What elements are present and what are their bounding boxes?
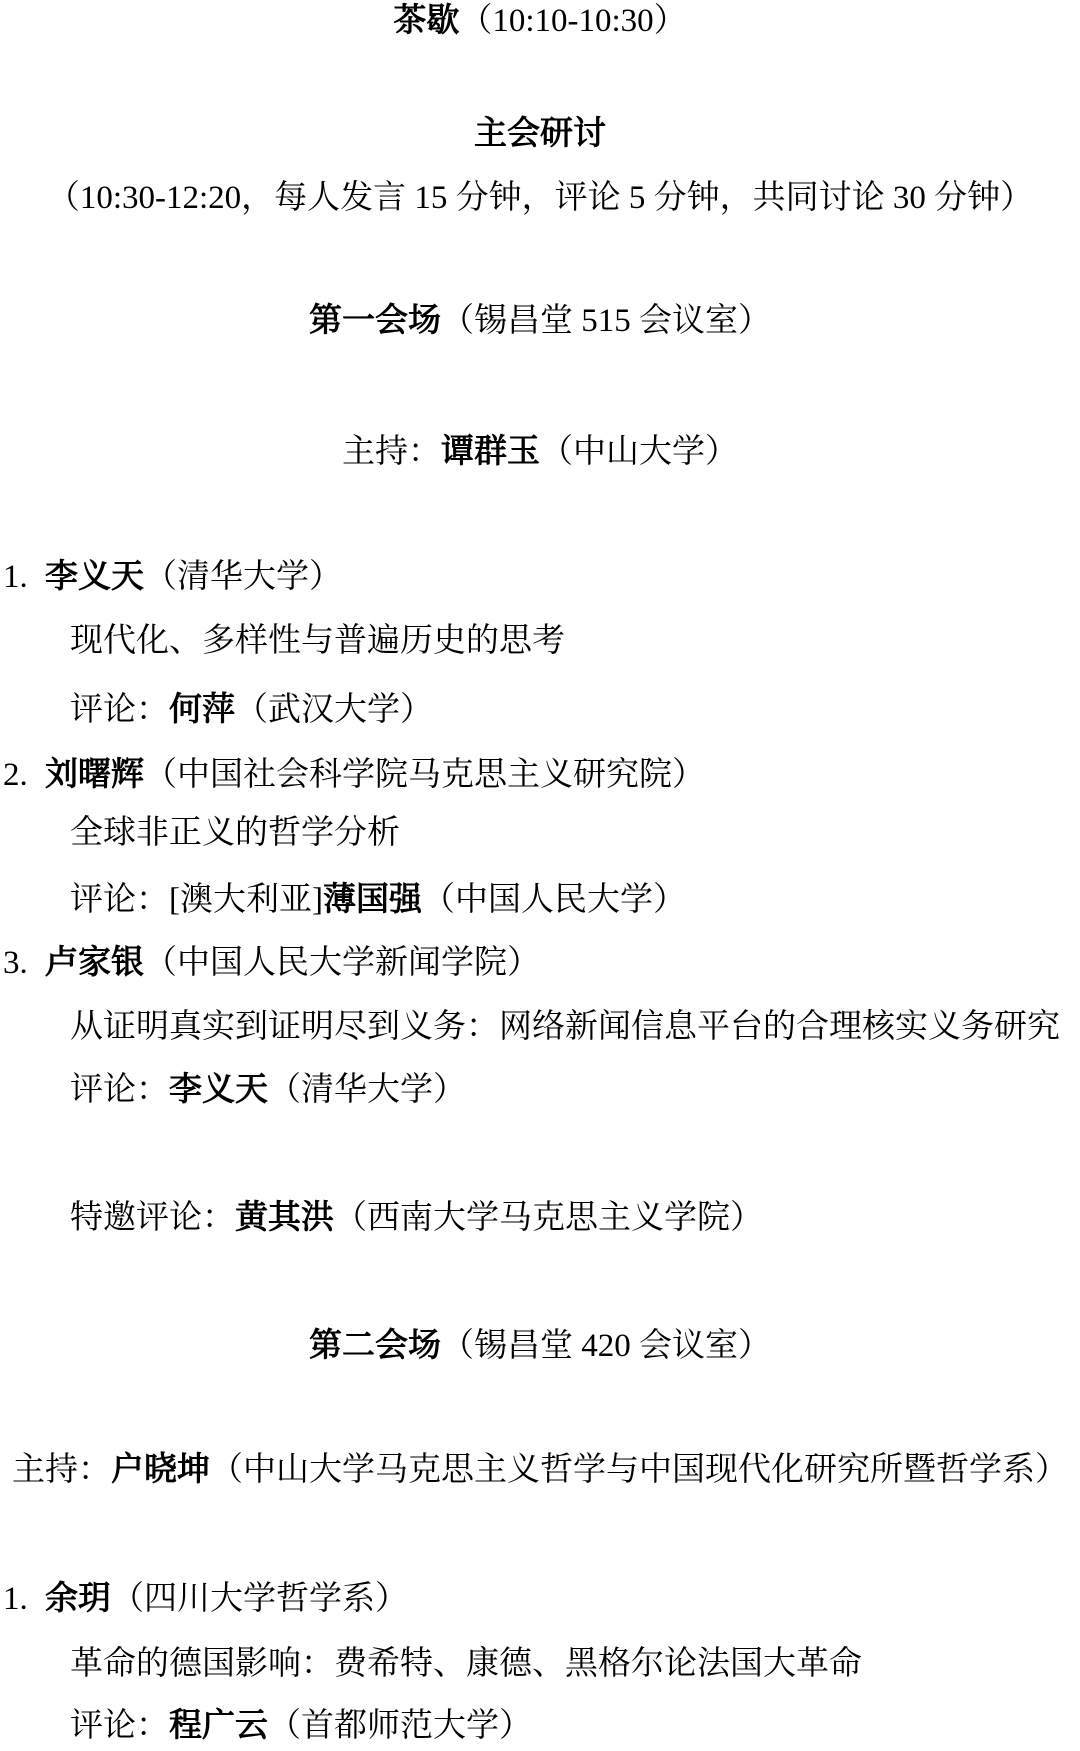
commenter-name: 何萍 — [169, 692, 235, 728]
commenter-name: 薄国强 — [323, 882, 422, 918]
commenter-affiliation: （武汉大学） — [235, 692, 433, 728]
special-comment-label: 特邀评论： — [70, 1200, 235, 1236]
comment-label: 评论： — [70, 882, 169, 918]
paper-title-line: 全球非正义的哲学分析 — [70, 813, 400, 853]
commenter-name: 李义天 — [169, 1072, 268, 1108]
commenter-affiliation: （首都师范大学） — [268, 1708, 532, 1744]
tea-break-title: 茶歇 — [393, 1, 459, 38]
paper-title: 革命的德国影响：费希特、康德、黑格尔论法国大革命 — [70, 1646, 862, 1682]
plenary-note: （10:30-12:20，每人发言 15 分钟，评论 5 分钟，共同讨论 30 … — [0, 178, 1080, 218]
talk-number: 1. — [3, 557, 45, 597]
chair-affiliation: （中山大学） — [540, 434, 738, 470]
venue1-chair-line: 主持：谭群玉（中山大学） — [0, 432, 1080, 472]
speaker-name: 李义天 — [45, 559, 144, 595]
comment-label: 评论： — [70, 1072, 169, 1108]
chair-label: 主持： — [342, 434, 441, 470]
comment-label: 评论： — [70, 692, 169, 728]
chair-name: 户晓坤 — [111, 1452, 210, 1488]
commenter-affiliation: （中国人民大学） — [422, 882, 686, 918]
chair-label: 主持： — [12, 1452, 111, 1488]
comment-line: 评论：程广云（首都师范大学） — [70, 1706, 532, 1746]
special-commenter-affiliation: （西南大学马克思主义学院） — [334, 1200, 763, 1236]
speaker-affiliation: （中国人民大学新闻学院） — [144, 945, 540, 981]
venue2-name: 第二会场 — [309, 1326, 441, 1363]
commenter-affiliation: （清华大学） — [268, 1072, 466, 1108]
paper-title: 从证明真实到证明尽到义务：网络新闻信息平台的合理核实义务研究 — [70, 1009, 1060, 1045]
paper-title-line: 革命的德国影响：费希特、康德、黑格尔论法国大革命 — [70, 1644, 862, 1684]
paper-title: 全球非正义的哲学分析 — [70, 815, 400, 851]
plenary-note-text: （10:30-12:20，每人发言 15 分钟，评论 5 分钟，共同讨论 30 … — [47, 180, 1033, 216]
speaker-affiliation: （中国社会科学院马克思主义研究院） — [144, 757, 705, 793]
venue2-room: （锡昌堂 420 会议室） — [441, 1328, 771, 1364]
chair-affiliation: （中山大学马克思主义哲学与中国现代化研究所暨哲学系） — [210, 1452, 1068, 1488]
speaker-affiliation: （清华大学） — [144, 559, 342, 595]
comment-label: 评论： — [70, 1708, 169, 1744]
talk-number: 2. — [3, 755, 45, 795]
plenary-heading: 主会研讨 — [0, 113, 1080, 154]
speaker-name: 余玥 — [45, 1581, 111, 1617]
talk-number: 1. — [3, 1579, 45, 1619]
paper-title-line: 从证明真实到证明尽到义务：网络新闻信息平台的合理核实义务研究 — [70, 1007, 1060, 1047]
talk-speaker-line: 1.余玥（四川大学哲学系） — [3, 1579, 408, 1619]
venue1-heading: 第一会场（锡昌堂 515 会议室） — [0, 300, 1080, 341]
talk-speaker-line: 1.李义天（清华大学） — [3, 557, 342, 597]
paper-title: 现代化、多样性与普遍历史的思考 — [70, 623, 565, 659]
comment-line: 评论：何萍（武汉大学） — [70, 690, 433, 730]
tea-break-time: （10:10-10:30） — [459, 3, 686, 39]
speaker-affiliation: （四川大学哲学系） — [111, 1581, 408, 1617]
chair-name: 谭群玉 — [441, 434, 540, 470]
speaker-name: 刘曙辉 — [45, 757, 144, 793]
tea-break-heading: 茶歇（10:10-10:30） — [0, 0, 1080, 41]
venue1-name: 第一会场 — [309, 301, 441, 338]
venue2-chair-line: 主持：户晓坤（中山大学马克思主义哲学与中国现代化研究所暨哲学系） — [0, 1450, 1080, 1490]
talk-number: 3. — [3, 943, 45, 983]
venue2-heading: 第二会场（锡昌堂 420 会议室） — [0, 1325, 1080, 1366]
talk-speaker-line: 2.刘曙辉（中国社会科学院马克思主义研究院） — [3, 755, 705, 795]
paper-title-line: 现代化、多样性与普遍历史的思考 — [70, 621, 565, 661]
commenter-name: 程广云 — [169, 1708, 268, 1744]
talk-speaker-line: 3.卢家银（中国人民大学新闻学院） — [3, 943, 540, 983]
commenter-prefix: [澳大利亚] — [169, 882, 323, 918]
comment-line: 评论：[澳大利亚]薄国强（中国人民大学） — [70, 880, 686, 920]
plenary-title: 主会研讨 — [474, 114, 606, 151]
special-comment-line: 特邀评论：黄其洪（西南大学马克思主义学院） — [70, 1198, 763, 1238]
special-commenter-name: 黄其洪 — [235, 1200, 334, 1236]
comment-line: 评论：李义天（清华大学） — [70, 1070, 466, 1110]
speaker-name: 卢家银 — [45, 945, 144, 981]
venue1-room: （锡昌堂 515 会议室） — [441, 303, 771, 339]
